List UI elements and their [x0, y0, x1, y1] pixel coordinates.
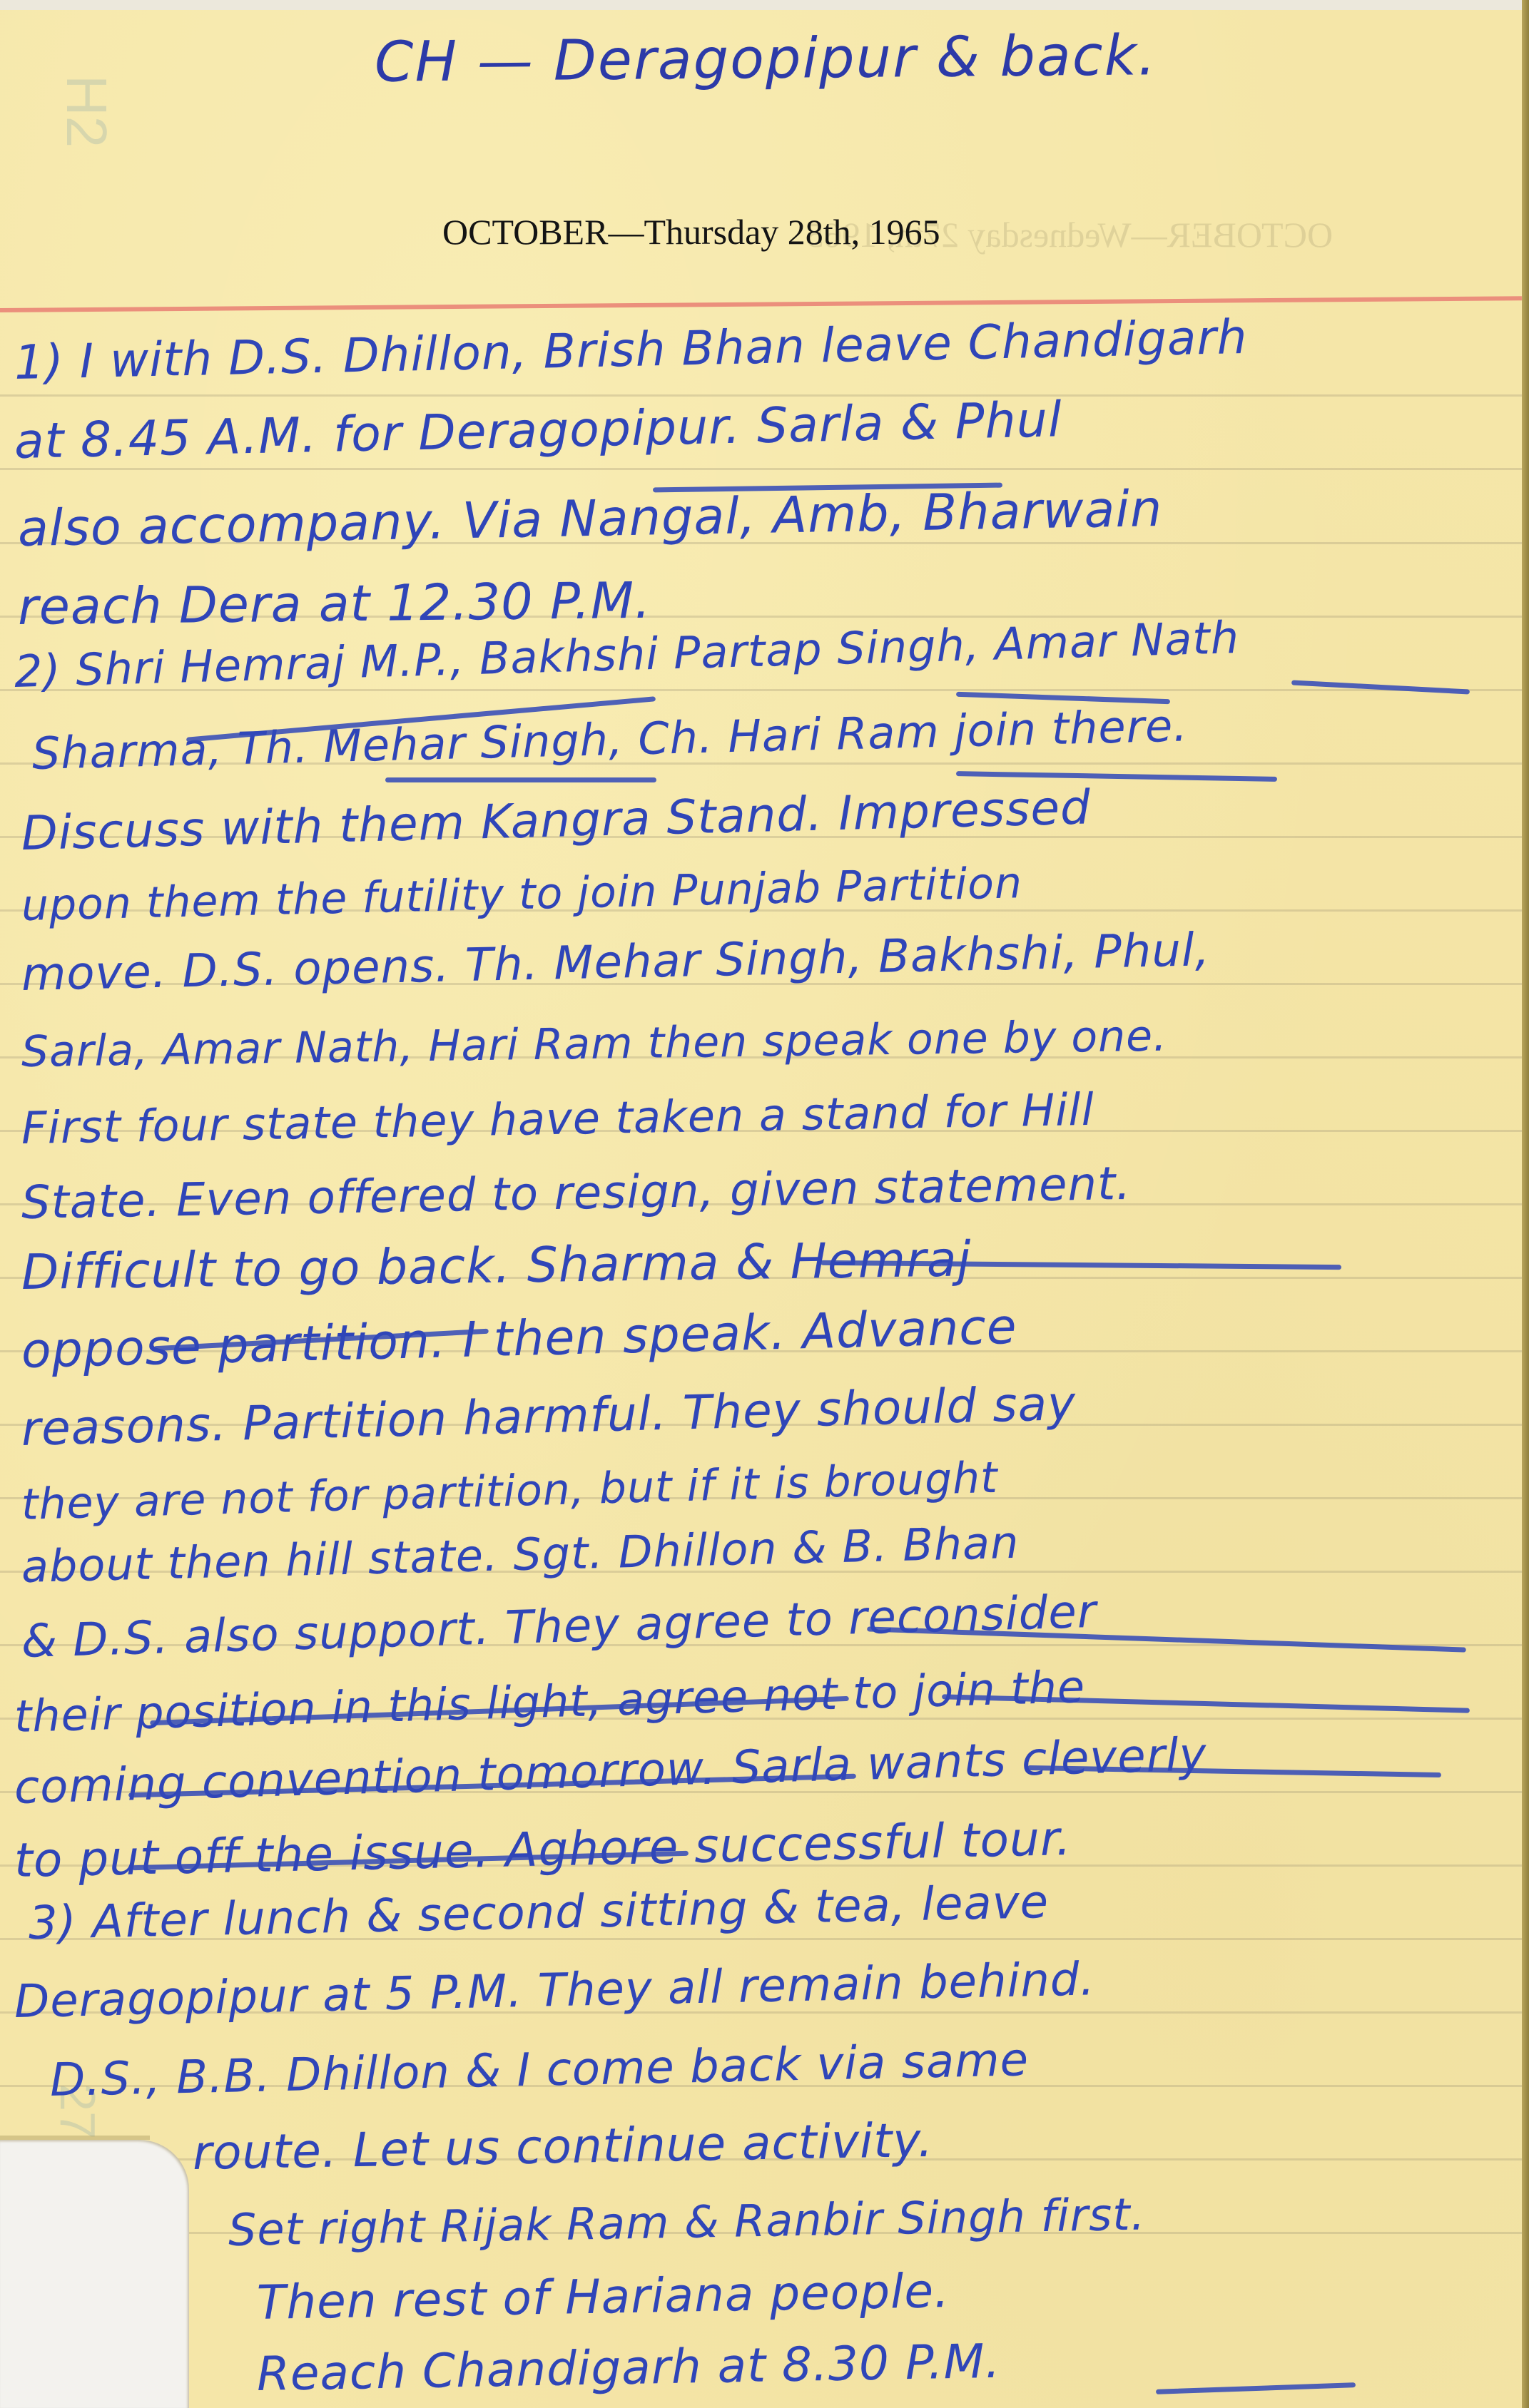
entry-line: Reach Chandigarh at 8.30 P.M. — [256, 2334, 1001, 2402]
entry-line: reach Dera at 12.30 P.M. — [18, 571, 651, 636]
entry-line: 1) I with D.S. Dhillon, Brish Bhan leave… — [14, 310, 1248, 390]
underline-stroke — [956, 771, 1277, 782]
entry-line: First four state they have taken a stand… — [21, 1083, 1094, 1154]
entry-line: upon them the futility to join Punjab Pa… — [21, 858, 1023, 931]
entry-line: coming convention tomorrow. Sarla wants … — [14, 1728, 1208, 1815]
entry-line: move. D.S. opens. Th. Mehar Singh, Bakhs… — [21, 924, 1210, 1001]
entry-line: Difficult to go back. Sharma & Hemraj — [21, 1231, 972, 1301]
entry-line: oppose partition. I then speak. Advance — [21, 1299, 1017, 1379]
diary-page: H2 27 CH — Deragopipur & back. OCTOBER—W… — [0, 0, 1529, 2408]
underline-stroke — [385, 777, 656, 782]
entry-line: State. Even offered to resign, given sta… — [21, 1158, 1132, 1230]
page-corner-cutout — [0, 2140, 189, 2408]
entry-line: Sarla, Amar Nath, Hari Ram then speak on… — [21, 1011, 1168, 1077]
entry-line: Then rest of Hariana people. — [256, 2263, 950, 2330]
entry-line: their position in this light, agree not … — [14, 1660, 1086, 1743]
underline-stroke — [1156, 2382, 1356, 2394]
entry-line: at 8.45 A.M. for Deragopipur. Sarla & Ph… — [14, 392, 1062, 470]
underline-stroke — [1291, 680, 1470, 694]
entry-line: Deragopipur at 5 P.M. They all remain be… — [14, 1953, 1095, 2029]
entry-line: & D.S. also support. They agree to recon… — [21, 1586, 1097, 1668]
entry-line: reasons. Partition harmful. They should … — [21, 1376, 1077, 1456]
entry-line: Discuss with them Kangra Stand. Impresse… — [21, 780, 1092, 861]
entry-line: also accompany. Via Nangal, Amb, Bharwai… — [17, 479, 1163, 558]
entry-line: they are not for partition, but if it is… — [21, 1453, 999, 1530]
entry-line: 3) After lunch & second sitting & tea, l… — [28, 1876, 1049, 1950]
diary-entry: 1) I with D.S. Dhillon, Brish Bhan leave… — [0, 0, 1529, 2408]
entry-line: Set right Rijak Ram & Ranbir Singh first… — [228, 2188, 1146, 2256]
entry-line: about then hill state. Sgt. Dhillon & B.… — [21, 1516, 1020, 1593]
entry-line: D.S., B.B. Dhillon & I come back via sam… — [49, 2034, 1029, 2107]
entry-line: to put off the issue. Aghore successful … — [14, 1811, 1072, 1888]
entry-line: route. Let us continue activity. — [192, 2113, 933, 2180]
